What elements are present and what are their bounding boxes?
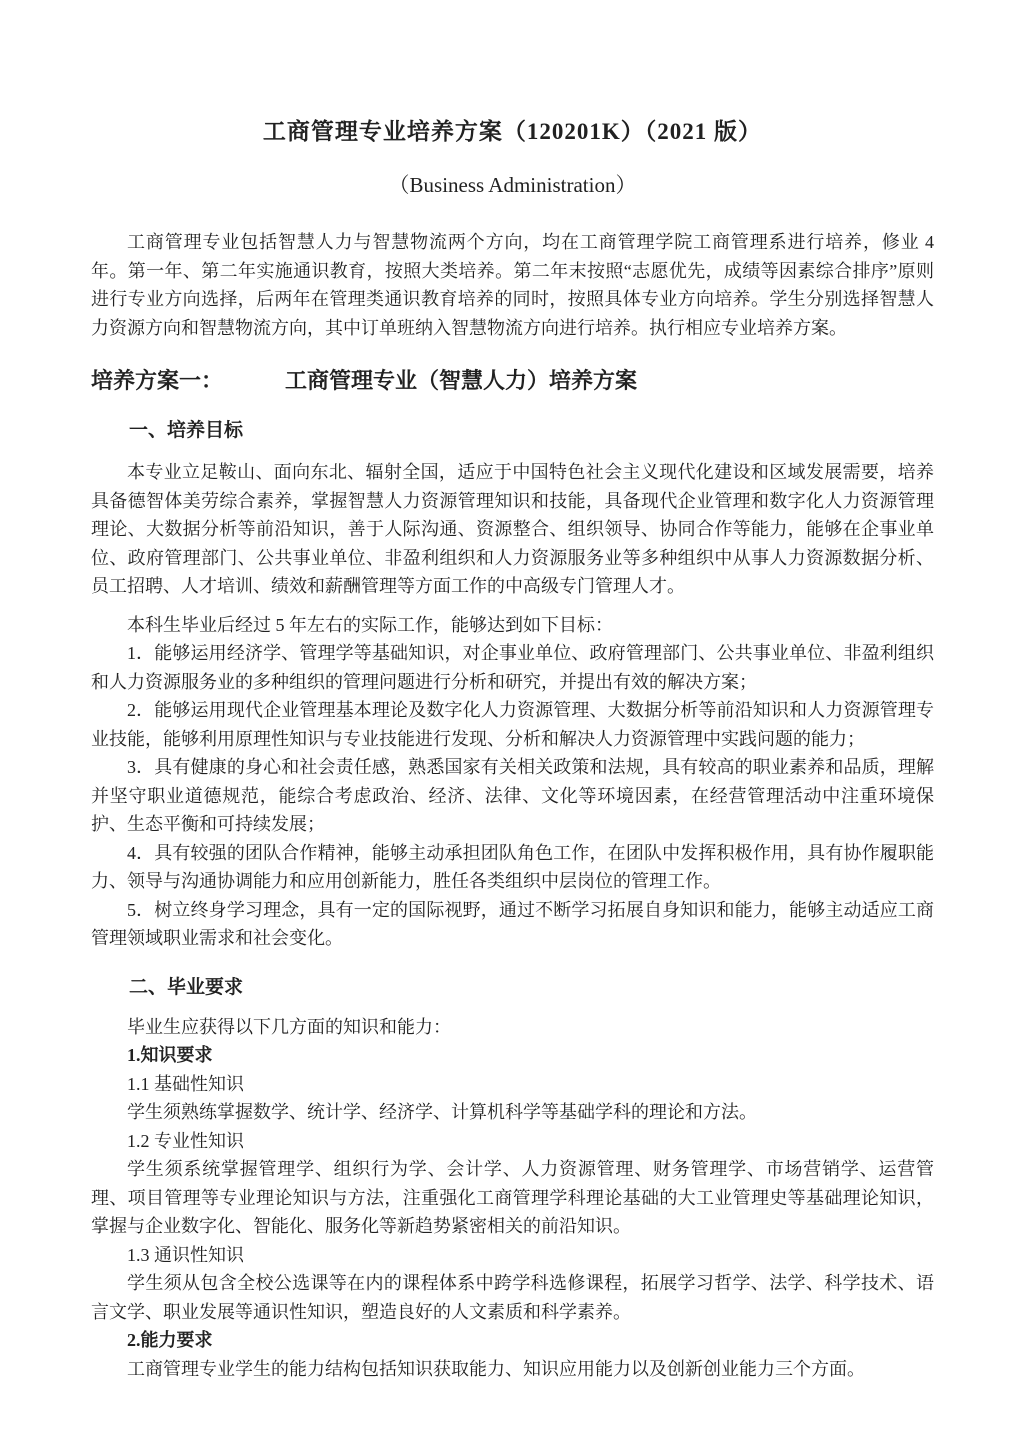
intro-paragraph: 工商管理专业包括智慧人力与智慧物流两个方向，均在工商管理学院工商管理系进行培养，…	[91, 228, 934, 342]
goal-item-2: 2．能够运用现代企业管理基本理论及数字化人力资源管理、大数据分析等前沿知识和人力…	[91, 696, 934, 753]
basic-knowledge-heading: 1.1 基础性知识	[91, 1070, 934, 1099]
goals-intro: 本科生毕业后经过 5 年左右的实际工作，能够达到如下目标：	[91, 611, 934, 640]
ability-requirements-heading: 2.能力要求	[91, 1326, 934, 1355]
section-heading-graduation-requirements: 二、毕业要求	[91, 975, 934, 1001]
graduate-goals-block: 本科生毕业后经过 5 年左右的实际工作，能够达到如下目标： 1．能够运用经济学、…	[91, 611, 934, 953]
goal-item-3: 3．具有健康的身心和社会责任感，熟悉国家有关相关政策和法规，具有较高的职业素养和…	[91, 753, 934, 839]
general-knowledge-text: 学生须从包含全校公选课等在内的课程体系中跨学科选修课程，拓展学习哲学、法学、科学…	[91, 1269, 934, 1326]
graduation-requirements-block: 毕业生应获得以下几方面的知识和能力： 1.知识要求 1.1 基础性知识 学生须熟…	[91, 1013, 934, 1384]
basic-knowledge-text: 学生须熟练掌握数学、统计学、经济学、计算机科学等基础学科的理论和方法。	[91, 1098, 934, 1127]
plan-one-heading: 培养方案一：工商管理专业（智慧人力）培养方案	[91, 366, 934, 396]
training-goals-paragraph: 本专业立足鞍山、面向东北、辐射全国，适应于中国特色社会主义现代化建设和区域发展需…	[91, 458, 934, 601]
page-subtitle: （Business Administration）	[91, 170, 934, 200]
general-knowledge-heading: 1.3 通识性知识	[91, 1241, 934, 1270]
ability-requirements-text: 工商管理专业学生的能力结构包括知识获取能力、知识应用能力以及创新创业能力三个方面…	[91, 1355, 934, 1384]
knowledge-requirements-heading: 1.知识要求	[91, 1041, 934, 1070]
document-page: 工商管理专业培养方案（120201K）（2021 版） （Business Ad…	[0, 0, 1024, 1448]
plan-one-label: 培养方案一：	[91, 368, 223, 393]
goal-item-1: 1．能够运用经济学、管理学等基础知识，对企事业单位、政府管理部门、公共事业单位、…	[91, 639, 934, 696]
page-title: 工商管理专业培养方案（120201K）（2021 版）	[91, 116, 934, 148]
goal-item-4: 4．具有较强的团队合作精神，能够主动承担团队角色工作，在团队中发挥积极作用，具有…	[91, 839, 934, 896]
section-heading-training-goals: 一、培养目标	[91, 418, 934, 444]
professional-knowledge-text: 学生须系统掌握管理学、组织行为学、会计学、人力资源管理、财务管理学、市场营销学、…	[91, 1155, 934, 1241]
plan-one-title: 工商管理专业（智慧人力）培养方案	[285, 368, 637, 393]
requirements-intro: 毕业生应获得以下几方面的知识和能力：	[91, 1013, 934, 1042]
professional-knowledge-heading: 1.2 专业性知识	[91, 1127, 934, 1156]
goal-item-5: 5．树立终身学习理念，具有一定的国际视野，通过不断学习拓展自身知识和能力，能够主…	[91, 896, 934, 953]
